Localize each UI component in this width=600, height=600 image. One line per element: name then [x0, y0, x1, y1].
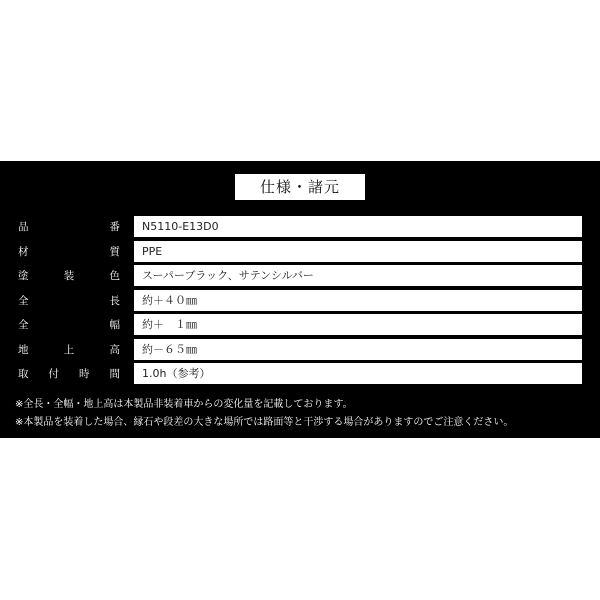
spec-row-overall-width: 全 幅 約＋ １㎜	[0, 314, 600, 335]
label-char: 全	[18, 317, 29, 332]
spec-label: 材 質	[18, 241, 120, 262]
spec-row-overall-length: 全 長 約＋４０㎜	[0, 290, 600, 311]
spec-notes: ※全長・全幅・地上高は本製品非装着車からの変化量を記載しております。 ※本製品を…	[15, 396, 595, 432]
label-char: 装	[64, 268, 75, 283]
label-char: 番	[110, 219, 121, 234]
label-char: 品	[18, 219, 29, 234]
spec-table: 品 番 N5110-E13D0 材 質 PPE 塗 装 色 スーパーブラック、サ…	[0, 216, 600, 388]
note-line: ※本製品を装着した場合、縁石や段差の大きな場所では路面等と干渉する場合があります…	[15, 414, 595, 432]
spec-row-material: 材 質 PPE	[0, 241, 600, 262]
spec-value: 約＋ １㎜	[134, 314, 582, 335]
spec-row-part-number: 品 番 N5110-E13D0	[0, 216, 600, 237]
spec-row-install-time: 取 付 時 間 1.0h（参考）	[0, 363, 600, 384]
spec-row-ground-clearance: 地 上 高 約－６５㎜	[0, 339, 600, 360]
spec-page: 仕様・諸元 品 番 N5110-E13D0 材 質 PPE 塗 装 色 スーパー…	[0, 0, 600, 600]
label-char: 色	[110, 268, 121, 283]
spec-value: 約＋４０㎜	[134, 290, 582, 311]
label-char: 質	[110, 244, 121, 259]
label-char: 地	[18, 342, 29, 357]
label-char: 材	[18, 244, 29, 259]
label-char: 間	[110, 366, 121, 381]
spec-label: 取 付 時 間	[18, 363, 120, 384]
label-char: 長	[110, 293, 121, 308]
spec-label: 全 幅	[18, 314, 120, 335]
label-char: 全	[18, 293, 29, 308]
label-char: 時	[79, 366, 90, 381]
spec-row-paint-color: 塗 装 色 スーパーブラック、サテンシルバー	[0, 265, 600, 286]
label-char: 高	[110, 342, 121, 357]
spec-label: 全 長	[18, 290, 120, 311]
note-line: ※全長・全幅・地上高は本製品非装着車からの変化量を記載しております。	[15, 396, 595, 414]
label-char: 幅	[110, 317, 121, 332]
spec-value: スーパーブラック、サテンシルバー	[134, 265, 582, 286]
spec-value: 1.0h（参考）	[134, 363, 582, 384]
spec-label: 品 番	[18, 216, 120, 237]
label-char: 塗	[18, 268, 29, 283]
label-char: 上	[64, 342, 75, 357]
spec-value: PPE	[134, 241, 582, 262]
label-char: 取	[18, 366, 29, 381]
spec-value: N5110-E13D0	[134, 216, 582, 237]
spec-title: 仕様・諸元	[235, 174, 365, 200]
spec-value: 約－６５㎜	[134, 339, 582, 360]
spec-label: 地 上 高	[18, 339, 120, 360]
label-char: 付	[49, 366, 60, 381]
spec-label: 塗 装 色	[18, 265, 120, 286]
